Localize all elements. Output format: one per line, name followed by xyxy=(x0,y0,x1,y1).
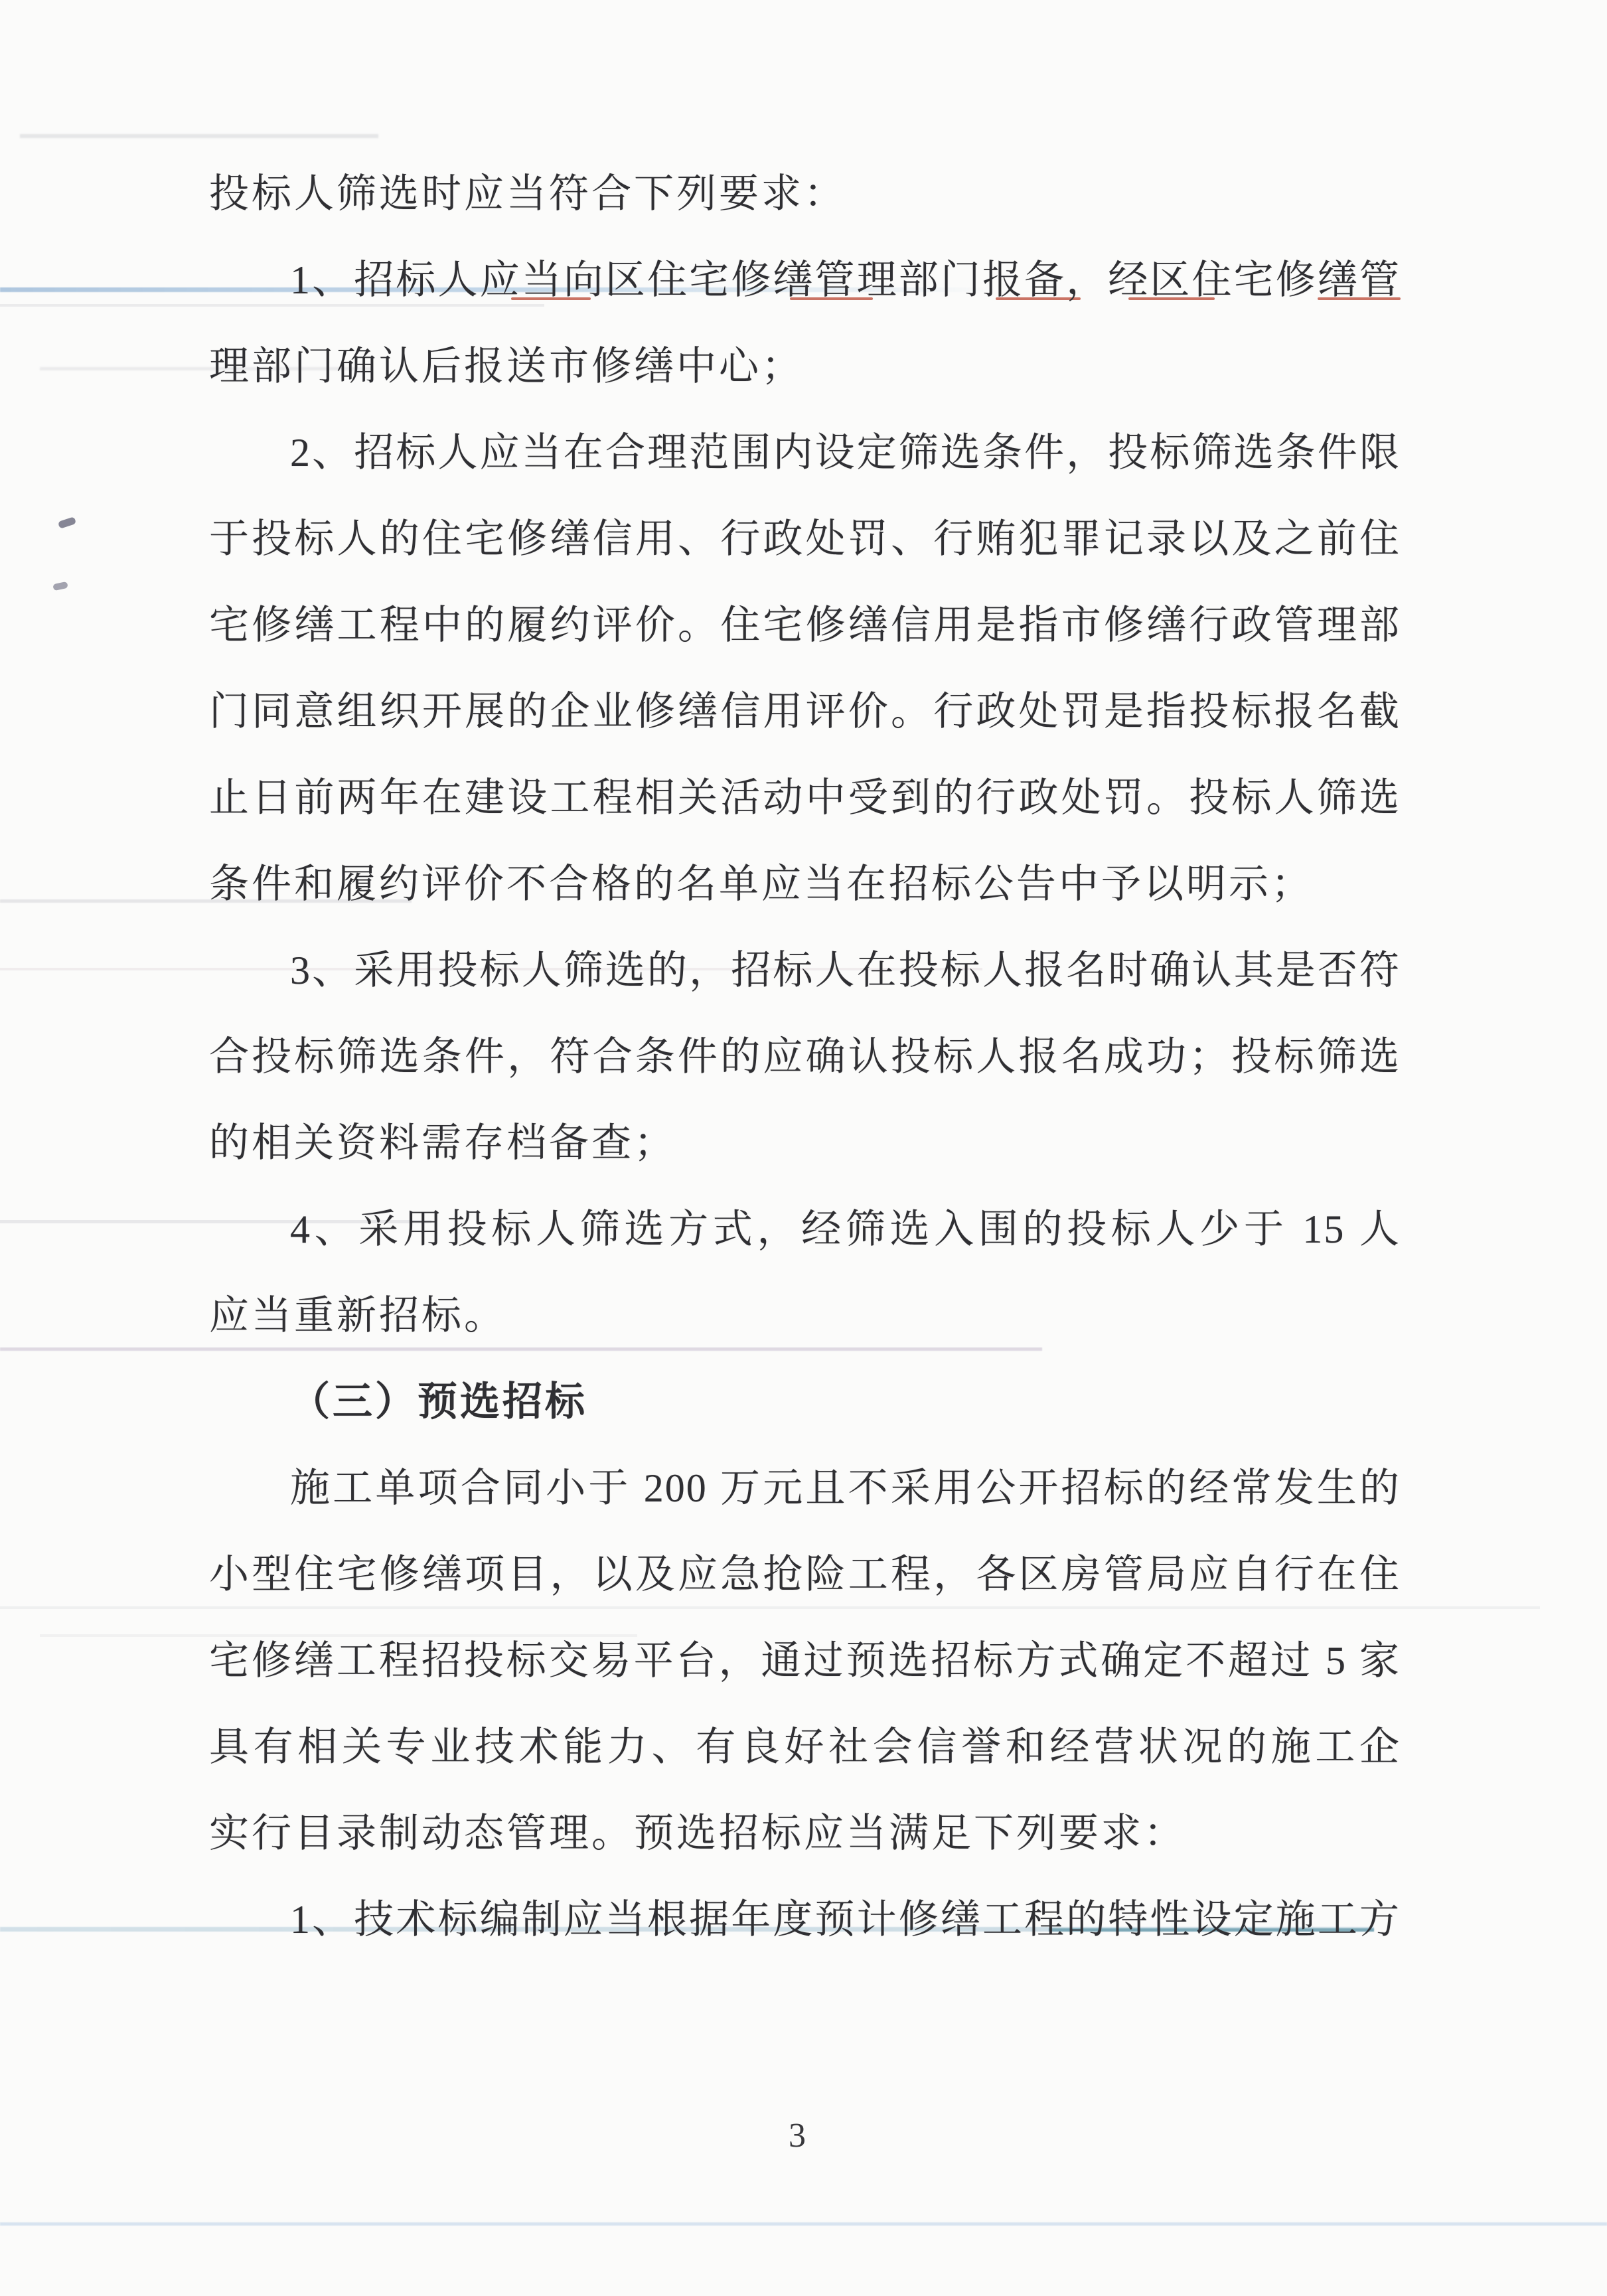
text-line: 1、技术标编制应当根据年度预计修缮工程的特性设定施工方 xyxy=(209,1876,1401,1963)
section-heading: （三）预选招标 xyxy=(209,1359,1401,1445)
page-number: 3 xyxy=(767,2116,827,2155)
text-line: 2、招标人应当在合理范围内设定筛选条件，投标筛选条件限 xyxy=(209,410,1401,496)
text-line: 投标人筛选时应当符合下列要求： xyxy=(209,151,1401,237)
text-line: 于投标人的住宅修缮信用、行政处罚、行贿犯罪记录以及之前住 xyxy=(209,496,1401,582)
text-line: 合投标筛选条件，符合条件的应确认投标人报名成功；投标筛选 xyxy=(209,1014,1401,1100)
scan-speck xyxy=(52,581,68,591)
text-line: 宅修缮工程中的履约评价。住宅修缮信用是指市修缮行政管理部 xyxy=(209,582,1401,668)
text-line: 理部门确认后报送市修缮中心； xyxy=(209,323,1401,410)
text-line: 条件和履约评价不合格的名单应当在招标公告中予以明示； xyxy=(209,841,1401,927)
text-line: 3、采用投标人筛选的，招标人在投标人报名时确认其是否符 xyxy=(209,927,1401,1014)
scan-line-blue-bottom xyxy=(0,2222,1607,2226)
document-text-block: 投标人筛选时应当符合下列要求： 1、招标人应当向区住宅修缮管理部门报备，经区住宅… xyxy=(209,151,1401,1963)
text-line: 4、采用投标人筛选方式，经筛选入围的投标人少于 15 人的， xyxy=(209,1186,1401,1272)
text-line: 门同意组织开展的企业修缮信用评价。行政处罚是指投标报名截 xyxy=(209,668,1401,755)
scan-smudge xyxy=(20,134,378,138)
text-line: 止日前两年在建设工程相关活动中受到的行政处罚。投标人筛选 xyxy=(209,755,1401,841)
document-page: 投标人筛选时应当符合下列要求： 1、招标人应当向区住宅修缮管理部门报备，经区住宅… xyxy=(0,0,1607,2296)
text-line: 宅修缮工程招投标交易平台，通过预选招标方式确定不超过 5 家 xyxy=(209,1618,1401,1704)
text-line: 应当重新招标。 xyxy=(209,1272,1401,1359)
text-line: 施工单项合同小于 200 万元且不采用公开招标的经常发生的 xyxy=(209,1445,1401,1531)
scan-speck xyxy=(58,516,76,528)
text-line: 具有相关专业技术能力、有良好社会信誉和经营状况的施工企业， xyxy=(209,1704,1401,1790)
text-line: 实行目录制动态管理。预选招标应当满足下列要求： xyxy=(209,1790,1401,1876)
text-line: 小型住宅修缮项目，以及应急抢险工程，各区房管局应自行在住 xyxy=(209,1531,1401,1618)
text-line: 1、招标人应当向区住宅修缮管理部门报备，经区住宅修缮管 xyxy=(209,237,1401,323)
text-line: 的相关资料需存档备查； xyxy=(209,1100,1401,1186)
